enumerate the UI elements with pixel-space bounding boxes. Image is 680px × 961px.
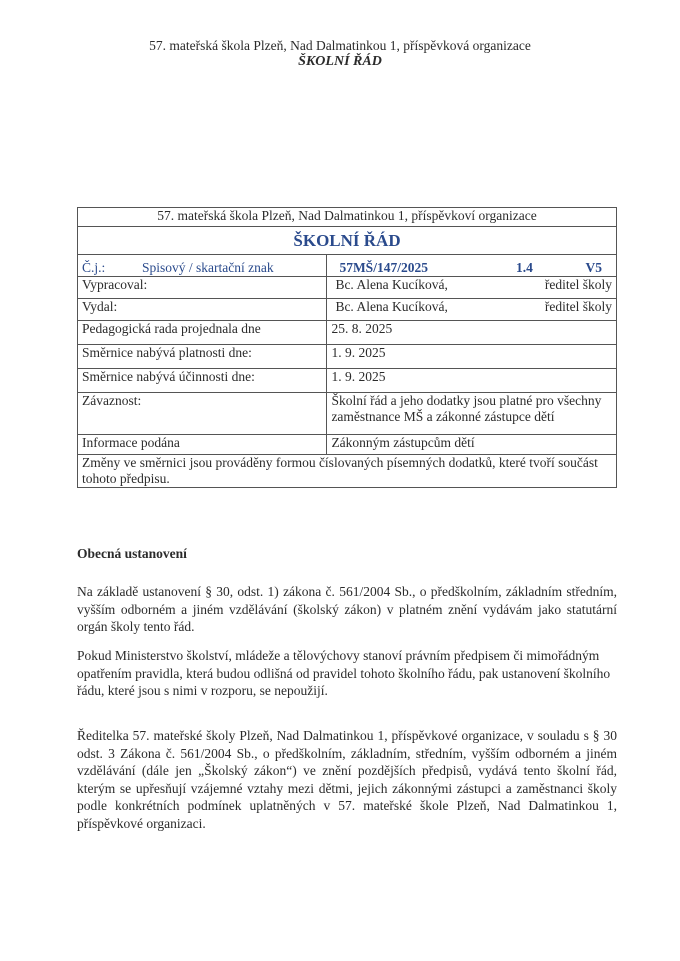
table-row: Informace podána Zákonným zástupcům dětí (78, 435, 617, 455)
paragraph: Pokud Ministerstvo školství, mládeže a t… (77, 647, 617, 700)
section-heading: Obecná ustanovení (77, 545, 617, 563)
row-value: Školní řád a jeho dodatky jsou platné pr… (327, 393, 617, 435)
row-label: Pedagogická rada projednala dne (78, 321, 327, 345)
table-row-reference: Č.j.:Spisový / skartační znak 57MŠ/147/2… (78, 255, 617, 277)
retention-mark: V5 (559, 260, 612, 276)
paragraph: Ředitelka 57. mateřské školy Plzeň, Nad … (77, 727, 617, 832)
table-row: Vypracoval: Bc. Alena Kucíková, ředitel … (78, 277, 617, 299)
row-value: Zákonným zástupcům dětí (327, 435, 617, 455)
table-row-footer-note: Změny ve směrnici jsou prováděny formou … (78, 455, 617, 488)
file-mark-label: Spisový / skartační znak (142, 260, 274, 275)
file-mark: 1.4 (489, 260, 559, 276)
table-row: Směrnice nabývá platnosti dne: 1. 9. 202… (78, 345, 617, 369)
row-value: 1. 9. 2025 (327, 369, 617, 393)
header-title: ŠKOLNÍ ŘÁD (0, 54, 680, 70)
row-value: 1. 9. 2025 (327, 345, 617, 369)
row-label: Závaznost: (78, 393, 327, 435)
table-row: Směrnice nabývá účinnosti dne: 1. 9. 202… (78, 369, 617, 393)
row-label: Vypracoval: (78, 277, 327, 299)
row-label: Směrnice nabývá platnosti dne: (78, 345, 327, 369)
person-name: Bc. Alena Kucíková, (335, 277, 447, 293)
row-label: Směrnice nabývá účinnosti dne: (78, 369, 327, 393)
table-row: Pedagogická rada projednala dne 25. 8. 2… (78, 321, 617, 345)
header-organization: 57. mateřská škola Plzeň, Nad Dalmatinko… (0, 38, 680, 54)
row-label: Informace podána (78, 435, 327, 455)
table-row: Závaznost: Školní řád a jeho dodatky jso… (78, 393, 617, 435)
table-organization: 57. mateřská škola Plzeň, Nad Dalmatinko… (78, 208, 617, 227)
footer-note: Změny ve směrnici jsou prováděny formou … (78, 455, 617, 488)
document-metadata-table: 57. mateřská škola Plzeň, Nad Dalmatinko… (77, 207, 617, 488)
table-row: Vydal: Bc. Alena Kucíková, ředitel školy (78, 299, 617, 321)
reference-number: 57MŠ/147/2025 (331, 260, 489, 276)
person-role: ředitel školy (545, 299, 612, 315)
cj-label: Č.j.: (82, 260, 142, 276)
table-title: ŠKOLNÍ ŘÁD (78, 227, 617, 255)
person-role: ředitel školy (545, 277, 612, 293)
row-label: Vydal: (78, 299, 327, 321)
row-value: 25. 8. 2025 (327, 321, 617, 345)
person-name: Bc. Alena Kucíková, (335, 299, 447, 315)
paragraph: Na základě ustanovení § 30, odst. 1) zák… (77, 583, 617, 636)
